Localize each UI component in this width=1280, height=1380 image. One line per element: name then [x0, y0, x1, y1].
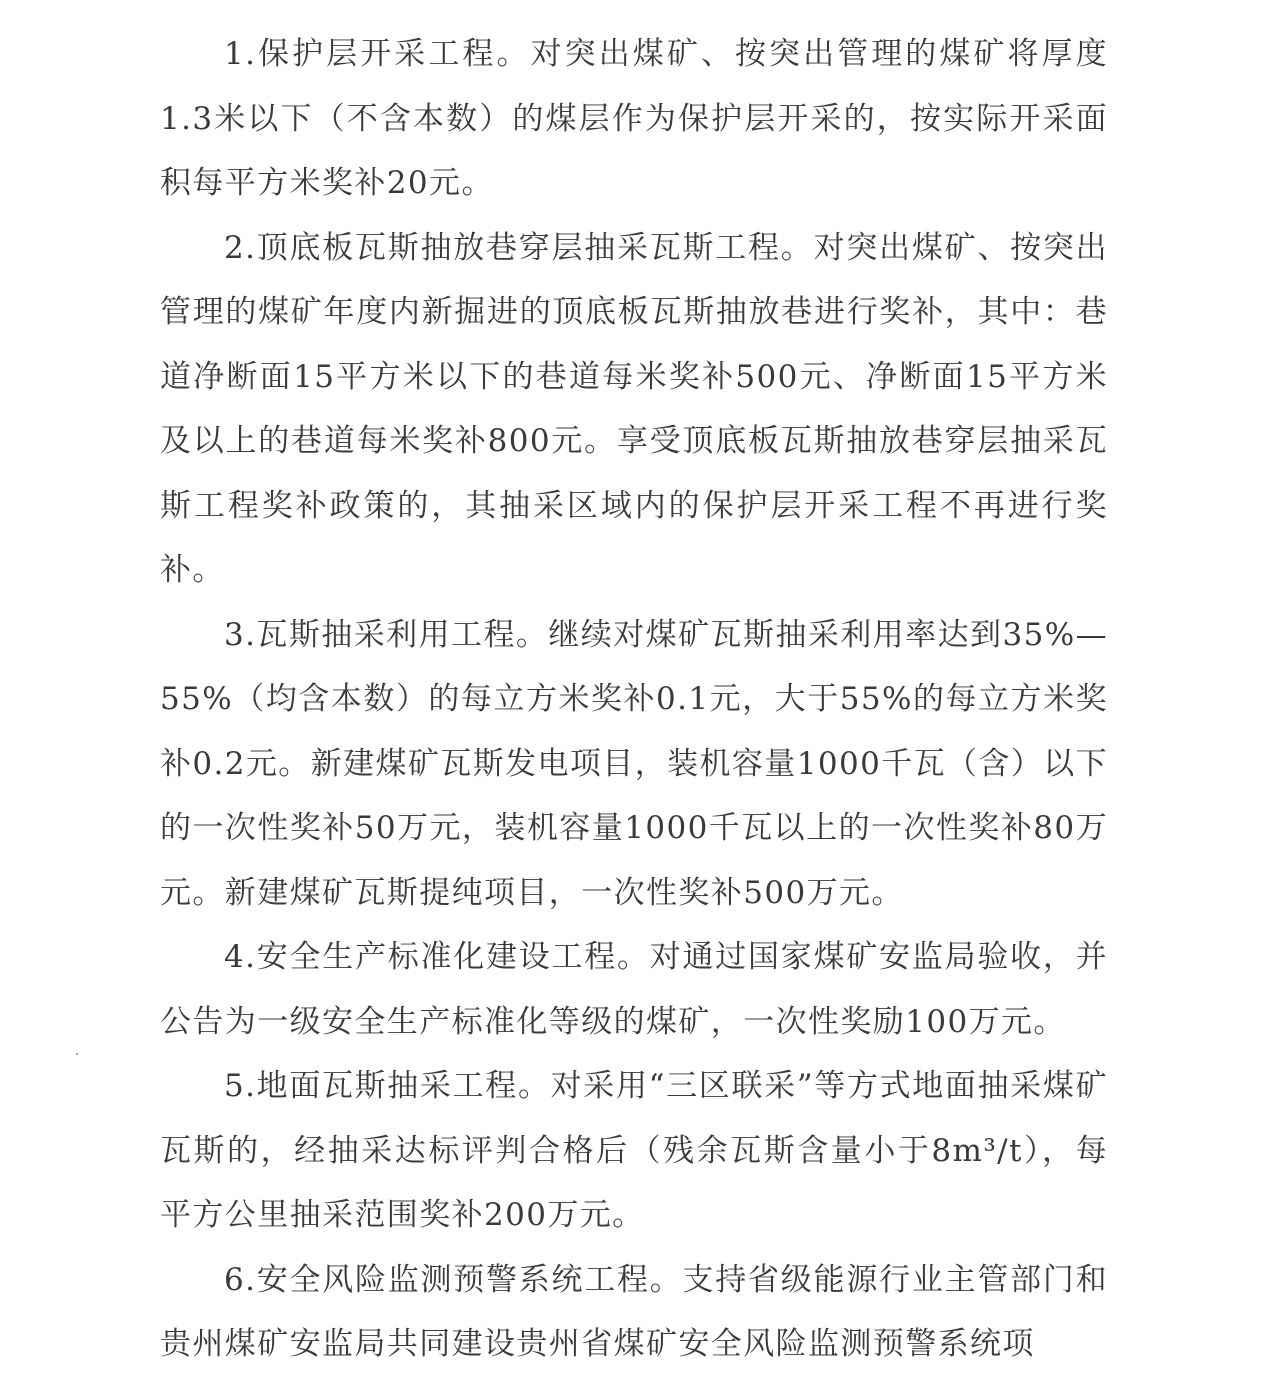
paragraph-number: 2. — [224, 230, 256, 266]
paragraph-title: 安全风险监测预警系统工程。 — [256, 1262, 682, 1298]
document-page: 1.保护层开采工程。对突出煤矿、按突出管理的煤矿将厚度1.3米以下（不含本数）的… — [0, 0, 1280, 1380]
paragraph-text: 对突出煤矿、按突出管理的煤矿年度内新掘进的顶底板瓦斯抽放巷进行奖补，其中：巷道净… — [160, 230, 1108, 589]
paragraph-title: 地面瓦斯抽采工程。 — [256, 1068, 550, 1104]
paragraph-number: 6. — [224, 1262, 256, 1298]
paragraph-1: 1.保护层开采工程。对突出煤矿、按突出管理的煤矿将厚度1.3米以下（不含本数）的… — [160, 22, 1108, 216]
paragraph-number: 1. — [224, 36, 256, 72]
paragraph-text: 继续对煤矿瓦斯抽采利用率达到35%—55%（均含本数）的每立方米奖补0.1元，大… — [160, 617, 1108, 911]
paragraph-title: 瓦斯抽采利用工程。 — [256, 617, 548, 653]
scan-speck — [76, 1053, 78, 1055]
paragraph-number: 5. — [224, 1068, 256, 1104]
paragraph-title: 安全生产标准化建设工程。 — [256, 939, 649, 975]
paragraph-title: 顶底板瓦斯抽放巷穿层抽采瓦斯工程。 — [256, 230, 813, 266]
paragraph-number: 4. — [224, 939, 256, 975]
paragraph-title: 保护层开采工程。 — [256, 36, 530, 72]
paragraph-6: 6.安全风险监测预警系统工程。支持省级能源行业主管部门和贵州煤矿安监局共同建设贵… — [160, 1248, 1108, 1377]
paragraph-3: 3.瓦斯抽采利用工程。继续对煤矿瓦斯抽采利用率达到35%—55%（均含本数）的每… — [160, 603, 1108, 926]
paragraph-number: 3. — [224, 617, 256, 653]
document-body: 1.保护层开采工程。对突出煤矿、按突出管理的煤矿将厚度1.3米以下（不含本数）的… — [160, 22, 1108, 1377]
paragraph-5: 5.地面瓦斯抽采工程。对采用“三区联采”等方式地面抽采煤矿瓦斯的，经抽采达标评判… — [160, 1054, 1108, 1248]
paragraph-4: 4.安全生产标准化建设工程。对通过国家煤矿安监局验收，并公告为一级安全生产标准化… — [160, 925, 1108, 1054]
paragraph-2: 2.顶底板瓦斯抽放巷穿层抽采瓦斯工程。对突出煤矿、按突出管理的煤矿年度内新掘进的… — [160, 216, 1108, 603]
